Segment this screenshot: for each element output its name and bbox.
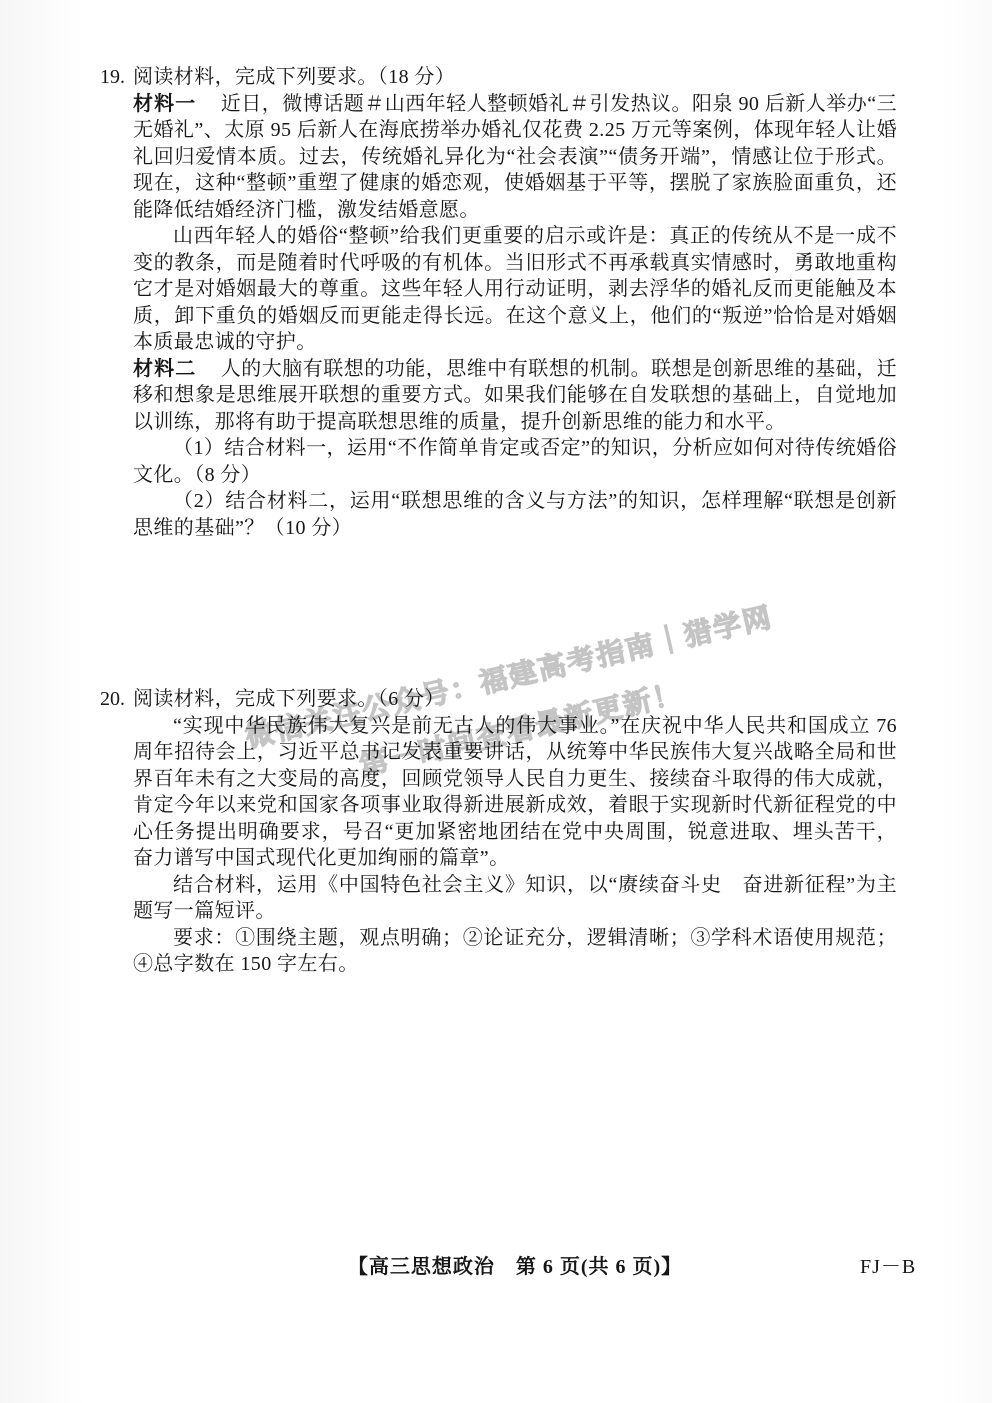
question-20-paragraph-1: “实现中华民族伟大复兴是前无古人的伟大事业。”在庆祝中华人民共和国成立 76 周… (133, 713, 897, 872)
question-19-intro-line: 19. 阅读材料，完成下列要求。（18 分） (133, 64, 897, 91)
material-2-text: 人的大脑有联想的功能，思维中有联想的机制。联想是创新思维的基础，迁移和想象是思维… (133, 358, 897, 433)
question-19-paragraph-2: 山西年轻人的婚俗“整顿”给我们更重要的启示或许是：真正的传统从不是一成不变的教条… (133, 223, 897, 356)
material-1-text: 近日，微博话题＃山西年轻人整顿婚礼＃引发热议。阳泉 90 后新人举办“三无婚礼”… (133, 93, 897, 221)
material-1-label: 材料一 (133, 93, 196, 115)
question-19-material-1: 材料一 近日，微博话题＃山西年轻人整顿婚礼＃引发热议。阳泉 90 后新人举办“三… (133, 91, 897, 224)
question-20-intro-line: 20. 阅读材料，完成下列要求。（6 分） (133, 686, 897, 713)
question-19-subquestion-1: （1）结合材料一，运用“不作简单肯定或否定”的知识，分析应如何对待传统婚俗文化。… (133, 435, 897, 488)
page-footer-label: 【高三思想政治 第 6 页(共 6 页)】 (110, 1250, 920, 1279)
question-20: 20. 阅读材料，完成下列要求。（6 分） “实现中华民族伟大复兴是前无古人的伟… (100, 686, 897, 978)
material-2-label: 材料二 (133, 358, 196, 380)
paper-code: FJ－B (860, 1250, 916, 1279)
question-20-number: 20. (100, 686, 133, 713)
question-20-requirements: 要求：①围绕主题，观点明确；②论证充分，逻辑清晰；③学科术语使用规范；④总字数在… (133, 925, 897, 978)
question-20-intro: 阅读材料，完成下列要求。（6 分） (133, 688, 445, 710)
question-19-subquestion-2: （2）结合材料二，运用“联想思维的含义与方法”的知识，怎样理解“联想是创新思维的… (133, 488, 897, 541)
question-20-paragraph-2: 结合材料，运用《中国特色社会主义》知识，以“赓续奋斗史 奋进新征程”为主题写一篇… (133, 872, 897, 925)
exam-paper-page: 微信关注公众号：福建高考指南｜猎学网 第一时间查看最新更新！ 19. 阅读材料，… (0, 0, 992, 1403)
question-19: 19. 阅读材料，完成下列要求。（18 分） 材料一 近日，微博话题＃山西年轻人… (100, 64, 897, 541)
question-19-intro: 阅读材料，完成下列要求。（18 分） (133, 66, 455, 88)
question-19-number: 19. (100, 64, 133, 91)
question-19-material-2: 材料二 人的大脑有联想的功能，思维中有联想的机制。联想是创新思维的基础，迁移和想… (133, 356, 897, 436)
